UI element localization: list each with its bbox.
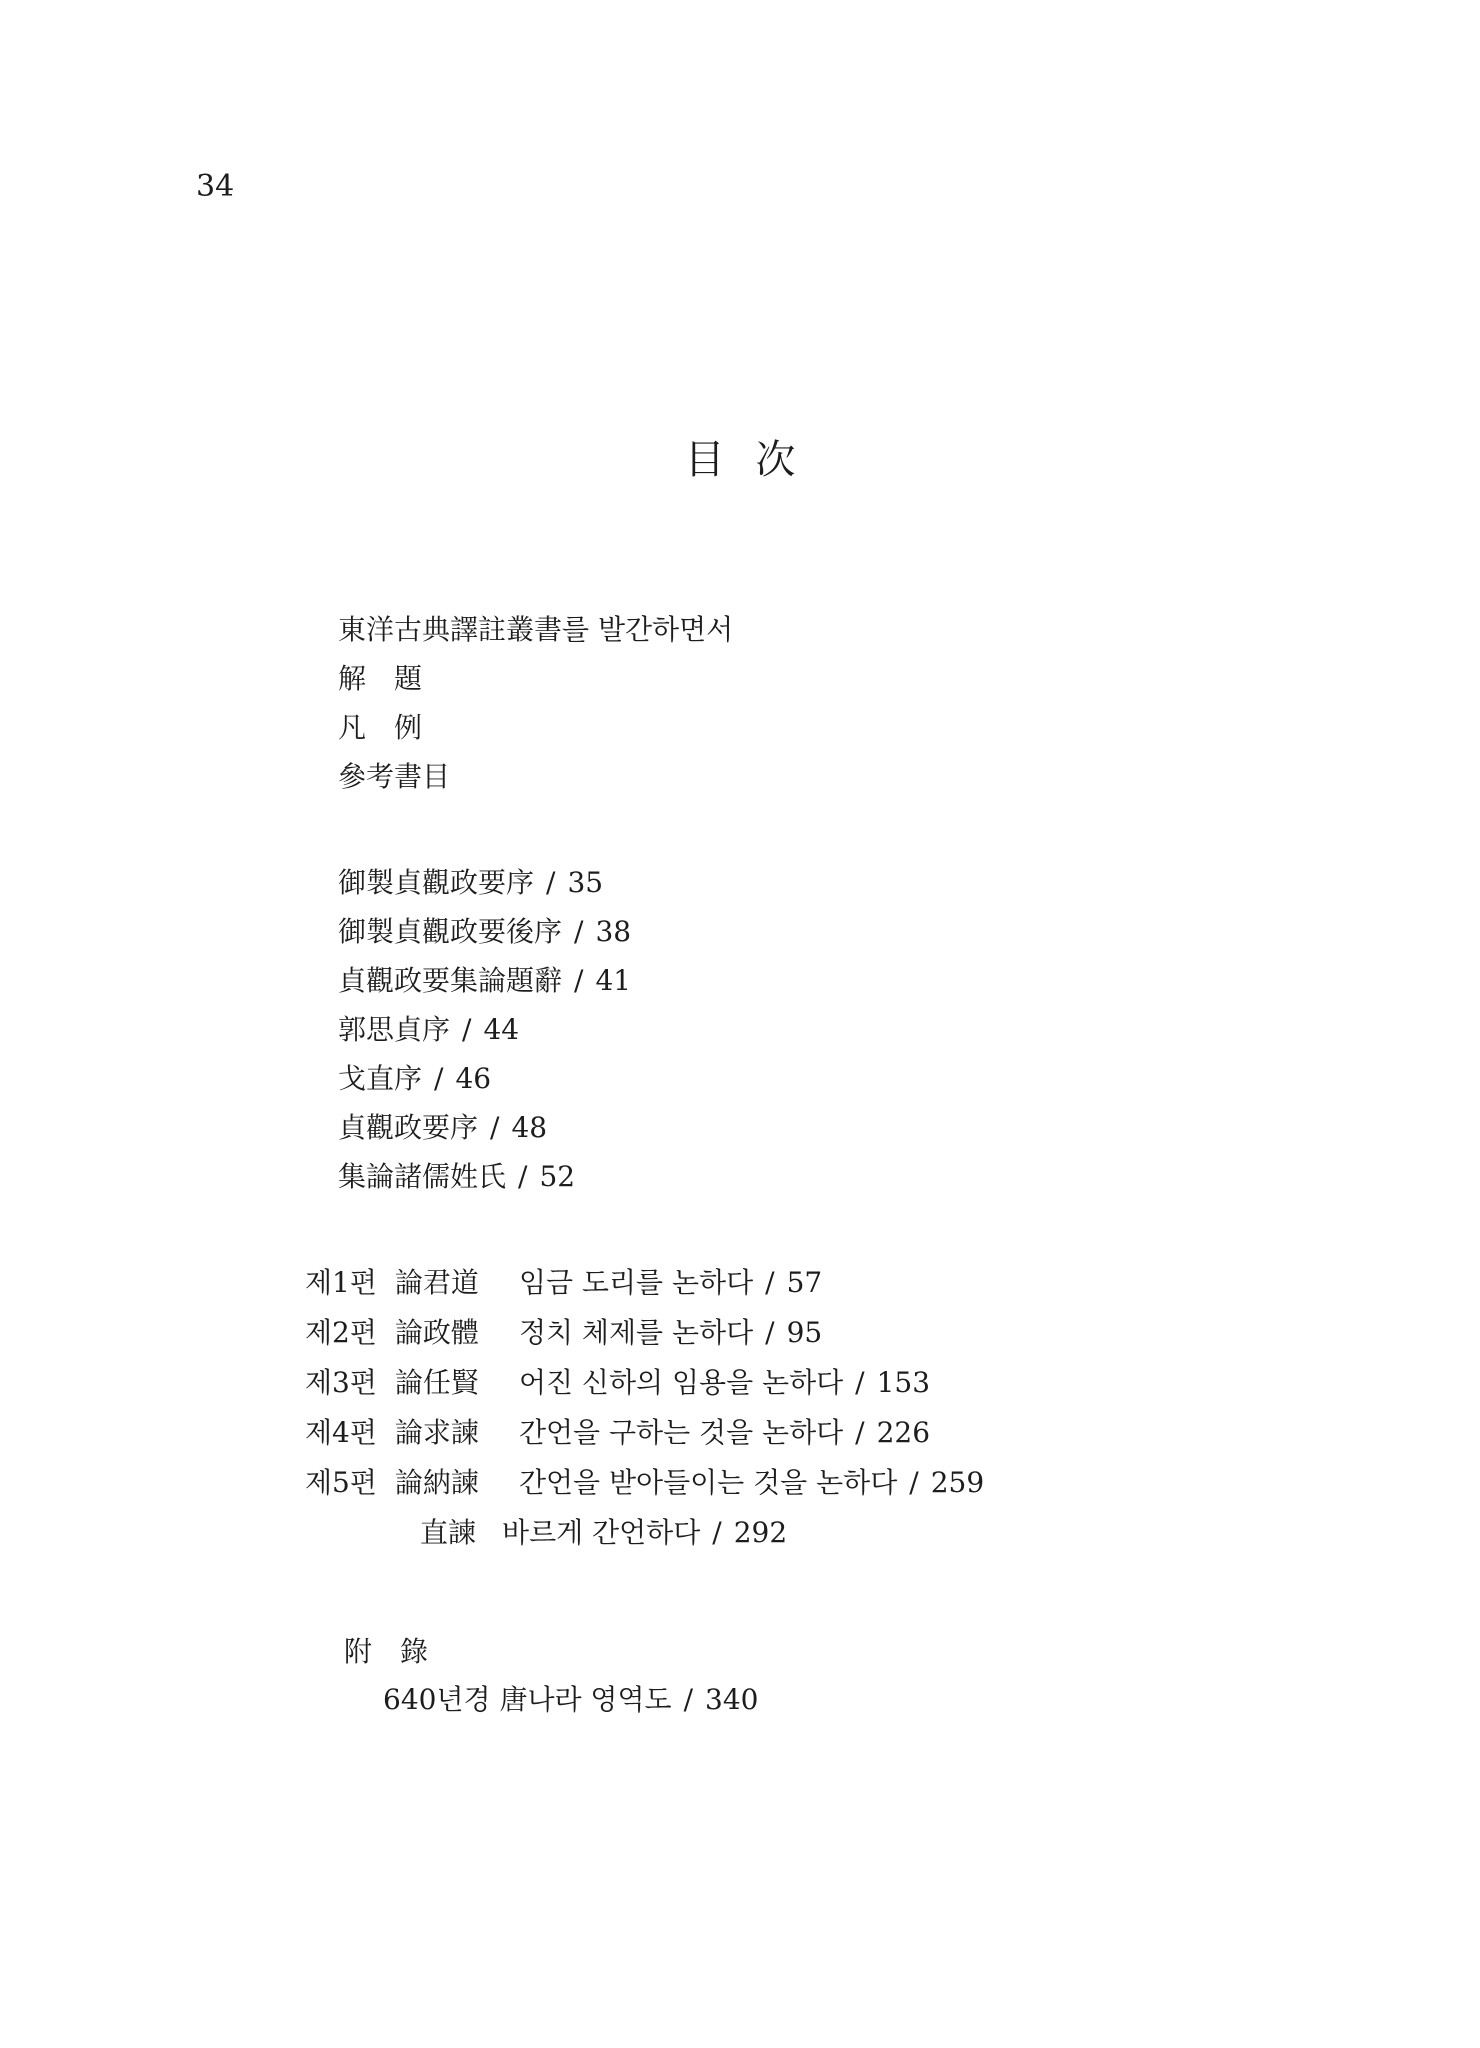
entry-separator: / — [909, 1466, 918, 1499]
entry-page: 340 — [705, 1683, 758, 1716]
toc-subentry: 直諫바르게 간언하다/292 — [305, 1508, 984, 1558]
toc-entry: 제5편論納諫간언을 받아들이는 것을 논하다/259 — [305, 1458, 984, 1508]
toc-entry: 제3편論任賢어진 신하의 임용을 논하다/153 — [305, 1358, 984, 1408]
entry-separator: / — [462, 1013, 471, 1046]
chapter-hanja-title: 直諫 — [420, 1516, 476, 1549]
entry-label: 參考書目 — [338, 760, 450, 793]
entry-separator: / — [518, 1160, 527, 1193]
entry-page: 153 — [877, 1366, 930, 1399]
entry-page: 46 — [455, 1062, 491, 1095]
front-matter-section: 東洋古典譯註叢書를 발간하면서 解 題 凡 例 參考書目 — [338, 605, 733, 801]
entry-page: 292 — [734, 1516, 787, 1549]
page-title: 目 次 — [0, 428, 1480, 485]
entry-label: 御製貞觀政要後序 — [338, 915, 562, 948]
preface-section: 御製貞觀政要序/35 御製貞觀政要後序/38 貞觀政要集論題辭/41 郭思貞序/… — [338, 858, 631, 1201]
chapter-description: 임금 도리를 논하다 — [519, 1266, 753, 1299]
chapter-hanja-title: 論君道 — [395, 1266, 479, 1299]
entry-page: 95 — [787, 1316, 823, 1349]
entry-label: 集論諸儒姓氏 — [338, 1160, 506, 1193]
chapter-number: 제4편 — [305, 1416, 377, 1449]
chapter-number: 제1편 — [305, 1266, 377, 1299]
entry-label: 貞觀政要序 — [338, 1111, 478, 1144]
entry-separator: / — [684, 1683, 693, 1716]
toc-entry: 參考書目 — [338, 752, 733, 801]
entry-label: 附 錄 — [344, 1635, 428, 1668]
appendix-section: 附 錄 640년경 唐나라 영역도/340 — [344, 1628, 758, 1724]
chapter-description: 정치 체제를 논하다 — [519, 1316, 753, 1349]
chapter-number: 제5편 — [305, 1466, 377, 1499]
toc-entry: 御製貞觀政要序/35 — [338, 858, 631, 907]
chapter-number: 제3편 — [305, 1366, 377, 1399]
toc-entry: 解 題 — [338, 654, 733, 703]
toc-entry: 제4편論求諫간언을 구하는 것을 논하다/226 — [305, 1408, 984, 1458]
appendix-title: 附 錄 — [344, 1628, 758, 1676]
entry-page: 48 — [511, 1111, 547, 1144]
entry-label: 貞觀政要集論題辭 — [338, 964, 562, 997]
entry-label: 郭思貞序 — [338, 1013, 450, 1046]
chapter-hanja-title: 論求諫 — [395, 1416, 479, 1449]
toc-entry: 集論諸儒姓氏/52 — [338, 1152, 631, 1201]
toc-entry: 貞觀政要序/48 — [338, 1103, 631, 1152]
page-number: 34 — [196, 170, 234, 203]
toc-entry: 貞觀政要集論題辭/41 — [338, 956, 631, 1005]
chapter-description: 간언을 구하는 것을 논하다 — [519, 1416, 843, 1449]
chapter-section: 제1편論君道임금 도리를 논하다/57 제2편論政體정치 체제를 논하다/95 … — [305, 1258, 984, 1558]
entry-separator: / — [765, 1266, 774, 1299]
toc-entry: 郭思貞序/44 — [338, 1005, 631, 1054]
entry-separator: / — [490, 1111, 499, 1144]
entry-label: 解 題 — [338, 662, 422, 695]
entry-separator: / — [546, 866, 555, 899]
entry-separator: / — [574, 915, 583, 948]
toc-entry: 제1편論君道임금 도리를 논하다/57 — [305, 1258, 984, 1308]
entry-label: 戈直序 — [338, 1062, 422, 1095]
entry-page: 52 — [539, 1160, 575, 1193]
entry-page: 226 — [877, 1416, 930, 1449]
entry-page: 259 — [931, 1466, 984, 1499]
entry-label: 凡 例 — [338, 711, 422, 744]
chapter-hanja-title: 論納諫 — [395, 1466, 479, 1499]
chapter-number: 제2편 — [305, 1316, 377, 1349]
entry-separator: / — [855, 1416, 864, 1449]
toc-page: 34 目 次 東洋古典譯註叢書를 발간하면서 解 題 凡 例 參考書目 御製貞觀… — [0, 0, 1480, 2048]
chapter-description: 어진 신하의 임용을 논하다 — [519, 1366, 843, 1399]
entry-separator: / — [765, 1316, 774, 1349]
toc-entry: 戈直序/46 — [338, 1054, 631, 1103]
entry-separator: / — [434, 1062, 443, 1095]
toc-entry: 東洋古典譯註叢書를 발간하면서 — [338, 605, 733, 654]
entry-page: 44 — [483, 1013, 519, 1046]
entry-separator: / — [712, 1516, 721, 1549]
toc-entry: 凡 例 — [338, 703, 733, 752]
chapter-hanja-title: 論任賢 — [395, 1366, 479, 1399]
chapter-hanja-title: 論政體 — [395, 1316, 479, 1349]
toc-entry: 제2편論政體정치 체제를 논하다/95 — [305, 1308, 984, 1358]
entry-page: 35 — [567, 866, 603, 899]
appendix-entry: 640년경 唐나라 영역도/340 — [383, 1676, 758, 1724]
entry-page: 38 — [595, 915, 631, 948]
entry-label: 640년경 唐나라 영역도 — [383, 1683, 672, 1716]
entry-label: 御製貞觀政要序 — [338, 866, 534, 899]
entry-separator: / — [574, 964, 583, 997]
entry-page: 57 — [787, 1266, 823, 1299]
chapter-description: 바르게 간언하다 — [502, 1516, 700, 1549]
entry-separator: / — [855, 1366, 864, 1399]
entry-label: 東洋古典譯註叢書를 발간하면서 — [338, 613, 733, 646]
entry-page: 41 — [595, 964, 631, 997]
toc-entry: 御製貞觀政要後序/38 — [338, 907, 631, 956]
chapter-description: 간언을 받아들이는 것을 논하다 — [519, 1466, 897, 1499]
